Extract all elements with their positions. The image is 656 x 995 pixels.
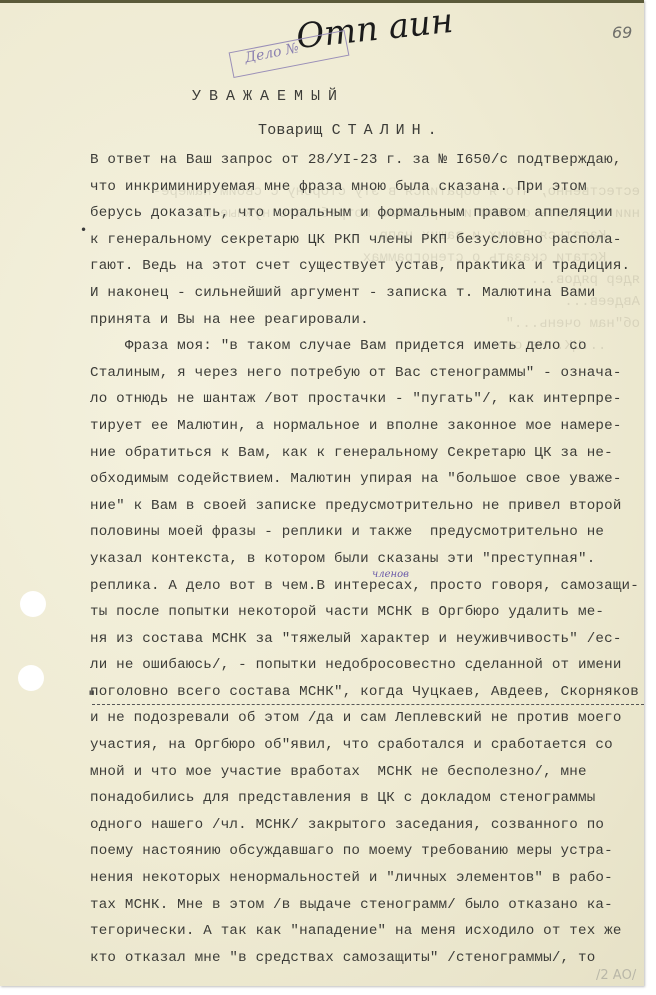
text-line: ние" к Вам в своей записке предусмотрите… xyxy=(90,493,650,520)
underline-dashes xyxy=(92,704,644,705)
text-line: Фраза моя: "в таком случае Вам придется … xyxy=(90,333,650,360)
text-line: берусь доказать, что моральным и формаль… xyxy=(90,200,650,227)
text-line: гают. Ведь на этот счет существует устав… xyxy=(90,253,650,280)
text-line: тирует ее Малютин, а нормальное и вполне… xyxy=(90,413,650,440)
text-line: участия, на Оргбюро об"явил, что сработа… xyxy=(90,732,650,759)
text-line: Сталиным, я через него потребую от Вас с… xyxy=(90,360,650,387)
punch-hole xyxy=(20,591,46,617)
stamp-label: Дело № xyxy=(244,40,301,66)
text-line: мной и что мое участие вработах МСНК не … xyxy=(90,759,650,786)
text-line: принята и Вы на нее реагировали. xyxy=(90,307,650,334)
text-line: тегорически. А так как "нападение" на ме… xyxy=(90,918,650,945)
margin-dot: • xyxy=(80,223,87,237)
page-number: 69 xyxy=(612,23,632,42)
text-line: тах МСНК. Мне в этом /в выдаче стенограм… xyxy=(90,892,650,919)
salutation-prefix: Товарищ xyxy=(258,122,322,139)
text-line: ты после попытки некоторой части МСНК в … xyxy=(90,599,650,626)
text-line: ние обратиться к Вам, как к генеральному… xyxy=(90,440,650,467)
margin-quote-mark: " xyxy=(88,687,95,706)
salutation-line-2: Товарищ СТАЛИН. xyxy=(258,122,444,139)
salutation-line-1: УВАЖАЕМЫЙ xyxy=(192,88,345,105)
text-line: к генеральному секретарю ЦК РКП члены РК… xyxy=(90,227,650,254)
text-line: обходимым содействием. Малютин упирая на… xyxy=(90,466,650,493)
text-line: поему настоянию обсуждавшаго по моему тр… xyxy=(90,838,650,865)
text-line: половины моей фразы - реплики и также пр… xyxy=(90,519,650,546)
text-line: ло отнюдь не шантаж /вот простачки - "пу… xyxy=(90,386,650,413)
archive-mark: /2 АО/ xyxy=(596,968,636,983)
letter-body: В ответ на Ваш запрос от 28/УI-23 г. за … xyxy=(90,147,650,971)
text-line: кто отказал мне "в средствах самозащиты"… xyxy=(90,945,650,972)
text-line: В ответ на Ваш запрос от 28/УI-23 г. за … xyxy=(90,147,650,174)
case-number-stamp: Дело № xyxy=(229,30,350,78)
document-page: естественно, что я обратился в эту сторо… xyxy=(0,0,644,986)
text-line: указал контекста, в котором были сказаны… xyxy=(90,546,650,573)
salutation-name: СТАЛИН. xyxy=(332,122,444,139)
text-line: понадобились для представления в ЦК с до… xyxy=(90,785,650,812)
text-line: поголовно всего состава МСНК", когда Чуц… xyxy=(90,679,650,706)
text-line: нения некоторых ненормальностей и "личны… xyxy=(90,865,650,892)
text-line: что инкриминируемая мне фраза мною была … xyxy=(90,174,650,201)
text-line: реплика. А дело вот в чем.В интересах, п… xyxy=(90,573,650,600)
text-line: И наконец - сильнейший аргумент - записк… xyxy=(90,280,650,307)
text-line: ня из состава МСНК за "тяжелый характер … xyxy=(90,626,650,653)
handwritten-insert-above: членов xyxy=(372,569,409,580)
punch-hole xyxy=(18,665,44,691)
text-line: и не подозревали об этом /да и сам Лепле… xyxy=(90,705,650,732)
text-line: ли не ошибаюсь/, - попытки недобросовест… xyxy=(90,652,650,679)
text-line: одного нашего /чл. МСНК/ закрытого засед… xyxy=(90,812,650,839)
